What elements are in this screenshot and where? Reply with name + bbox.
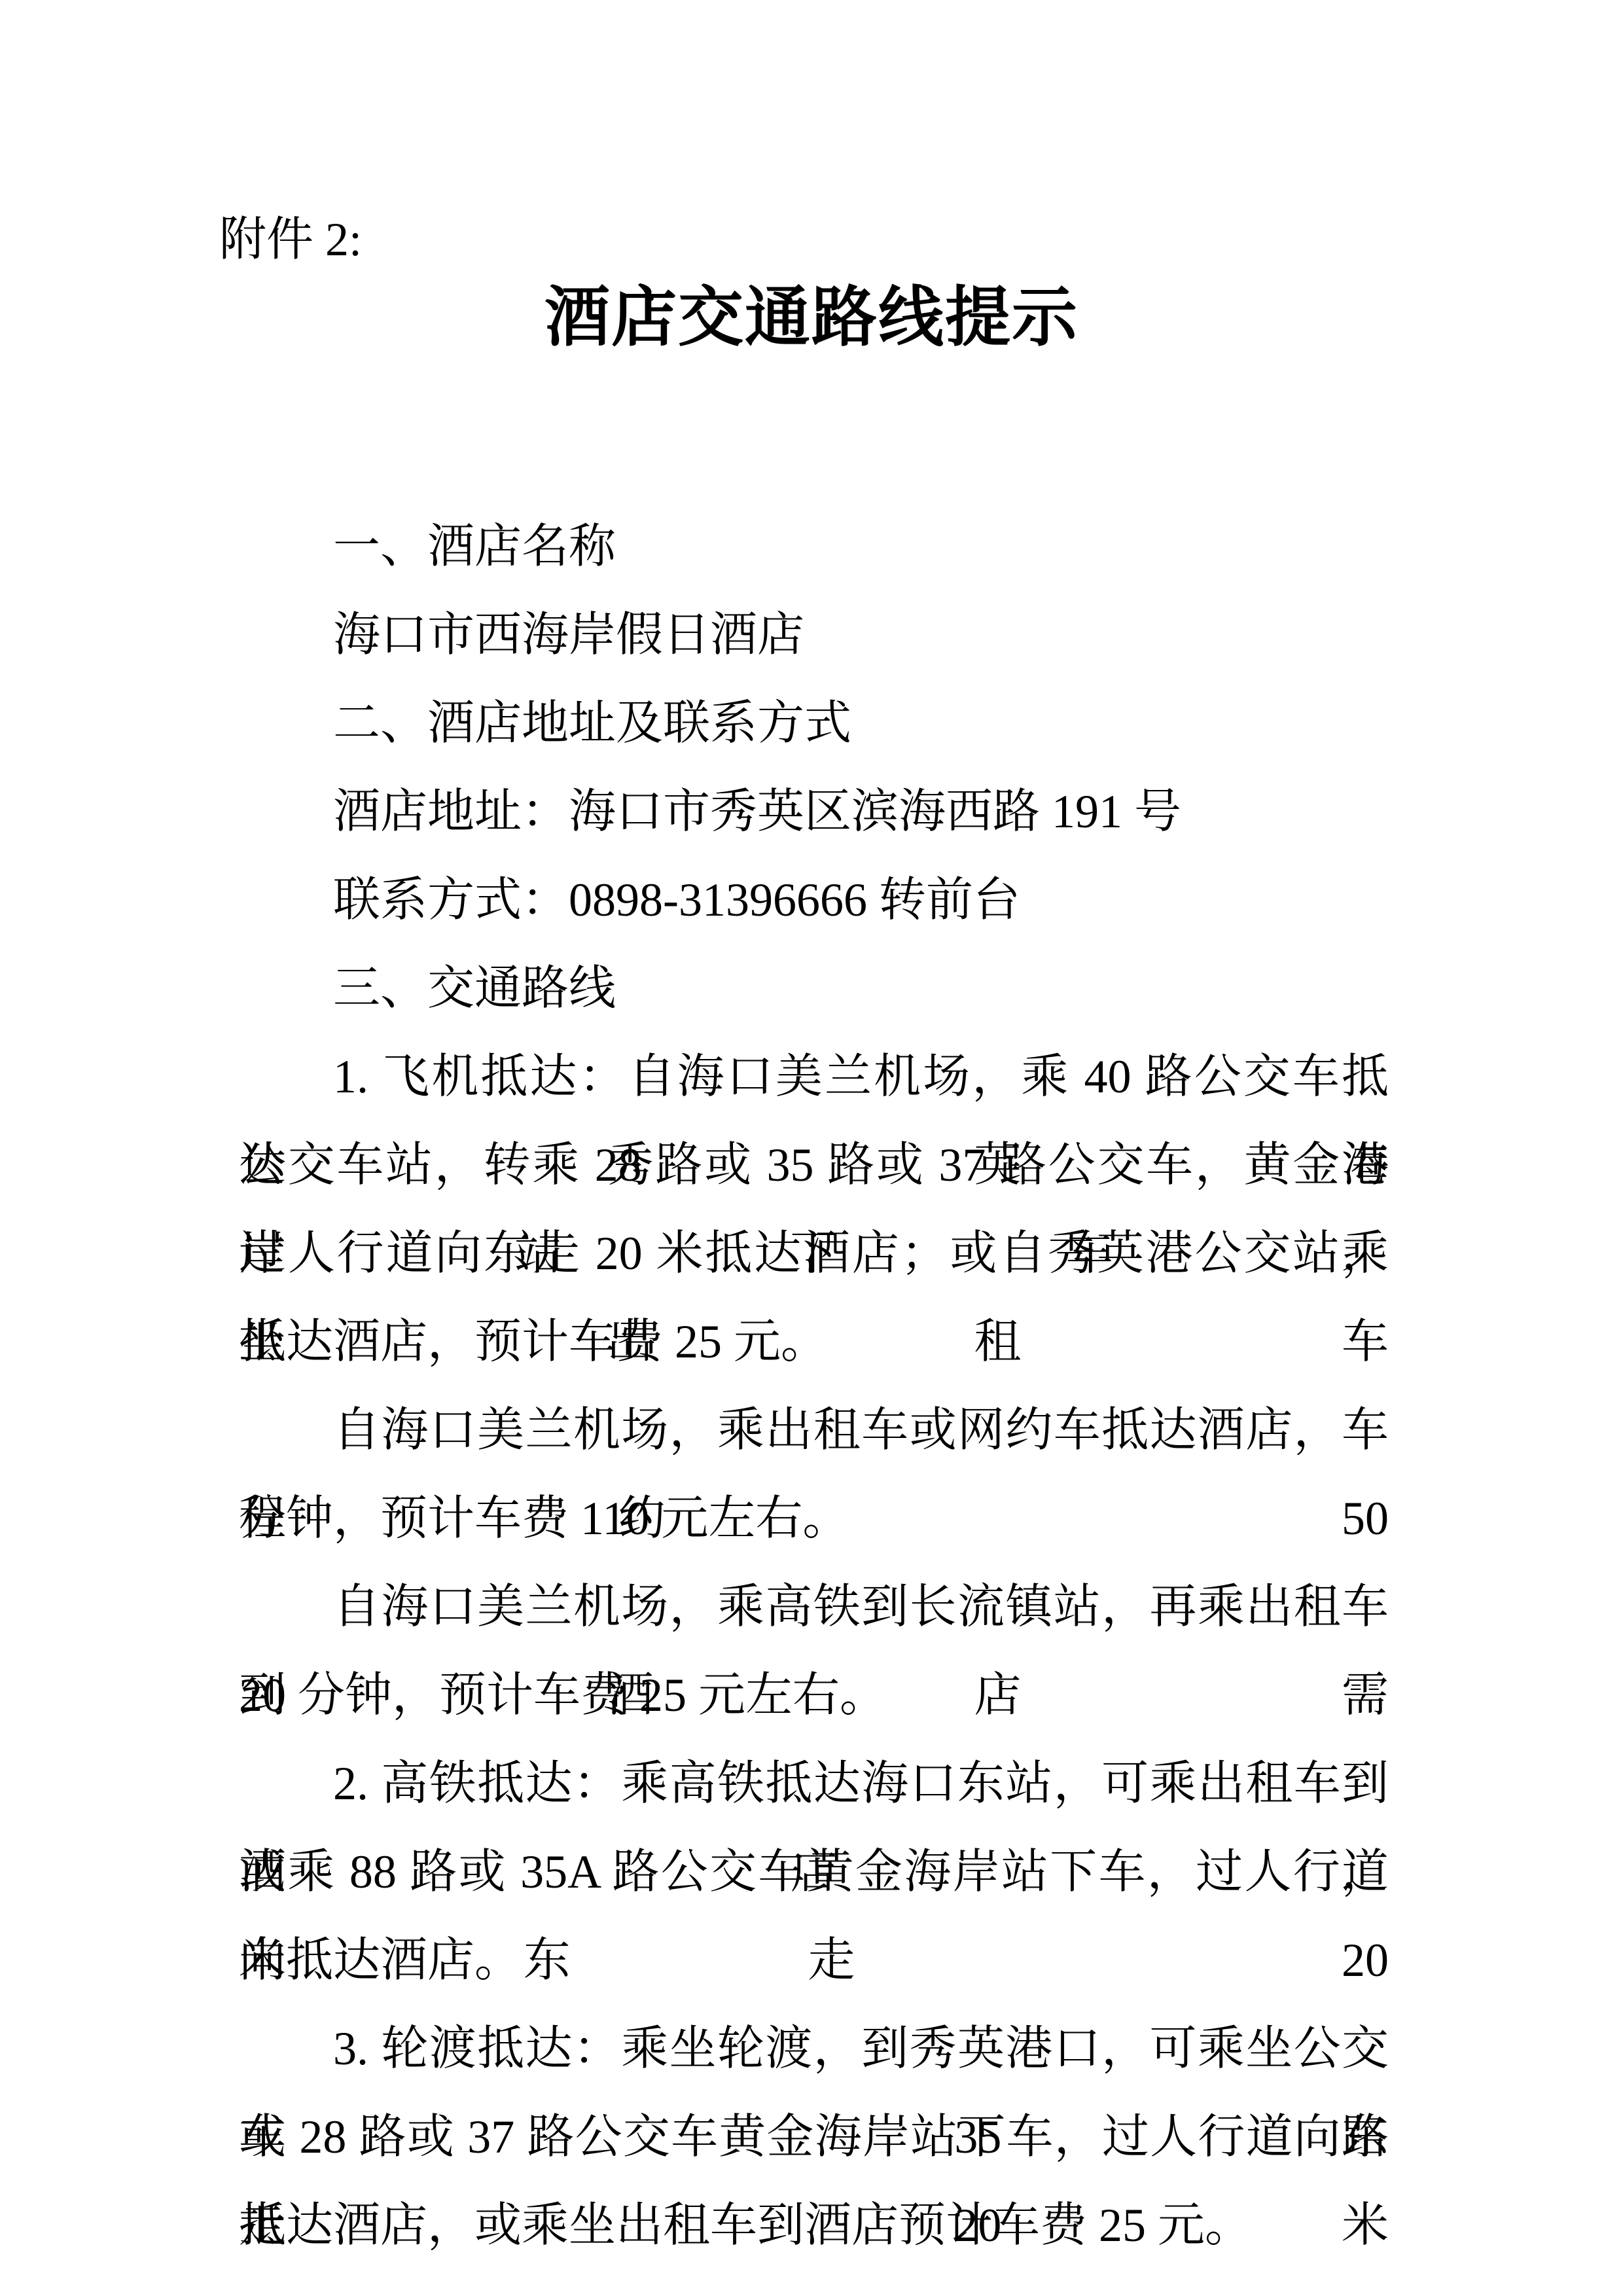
- text-line: 3. 轮渡抵达：乘坐轮渡，到秀英港口，可乘坐公交车 35 路: [239, 2005, 1389, 2093]
- text-line: 2. 高铁抵达：乘高铁抵达海口东站，可乘出租车到酒店，: [239, 1740, 1389, 1828]
- text-line: 抵达酒店，或乘坐出租车到酒店预计车费 25 元。: [239, 2181, 1389, 2270]
- text-line: 酒店地址：海口市秀英区滨海西路 191 号: [239, 768, 1389, 856]
- document-body: 一、酒店名称海口市西海岸假日酒店二、酒店地址及联系方式酒店地址：海口市秀英区滨海…: [239, 503, 1389, 2270]
- text-line: 二、酒店地址及联系方式: [239, 679, 1389, 768]
- attachment-label: 附件 2:: [219, 216, 362, 263]
- text-line: 公交车站，转乘 28 路或 35 路或 37 路公交车，黄金海岸站下车，: [239, 1121, 1389, 1210]
- text-line: 自海口美兰机场，乘高铁到长流镇站，再乘出租车到酒店需: [239, 1563, 1389, 1651]
- text-line: 自海口美兰机场，乘出租车或网约车抵达酒店，车程约 50: [239, 1386, 1389, 1475]
- text-line: 过人行道向东走 20 米抵达酒店；或自秀英港公交站乘坐出租车: [239, 1210, 1389, 1298]
- text-line: 海口市西海岸假日酒店: [239, 591, 1389, 679]
- text-line: 三、交通路线: [239, 944, 1389, 1033]
- document-title: 酒店交通路线提示: [0, 280, 1623, 355]
- document-page: 附件 2: 酒店交通路线提示 一、酒店名称海口市西海岸假日酒店二、酒店地址及联系…: [0, 0, 1623, 2296]
- text-line: 或乘 88 路或 35A 路公交车黄金海岸站下车，过人行道向东走 20: [239, 1828, 1389, 1916]
- text-line: 联系方式：0898-31396666 转前台: [239, 856, 1389, 944]
- text-line: 或 28 路或 37 路公交车黄金海岸站下车，过人行道向东走 20 米: [239, 2093, 1389, 2181]
- text-line: 1. 飞机抵达：自海口美兰机场，乘 40 路公交车抵达秀英港: [239, 1033, 1389, 1121]
- text-line: 一、酒店名称: [239, 503, 1389, 591]
